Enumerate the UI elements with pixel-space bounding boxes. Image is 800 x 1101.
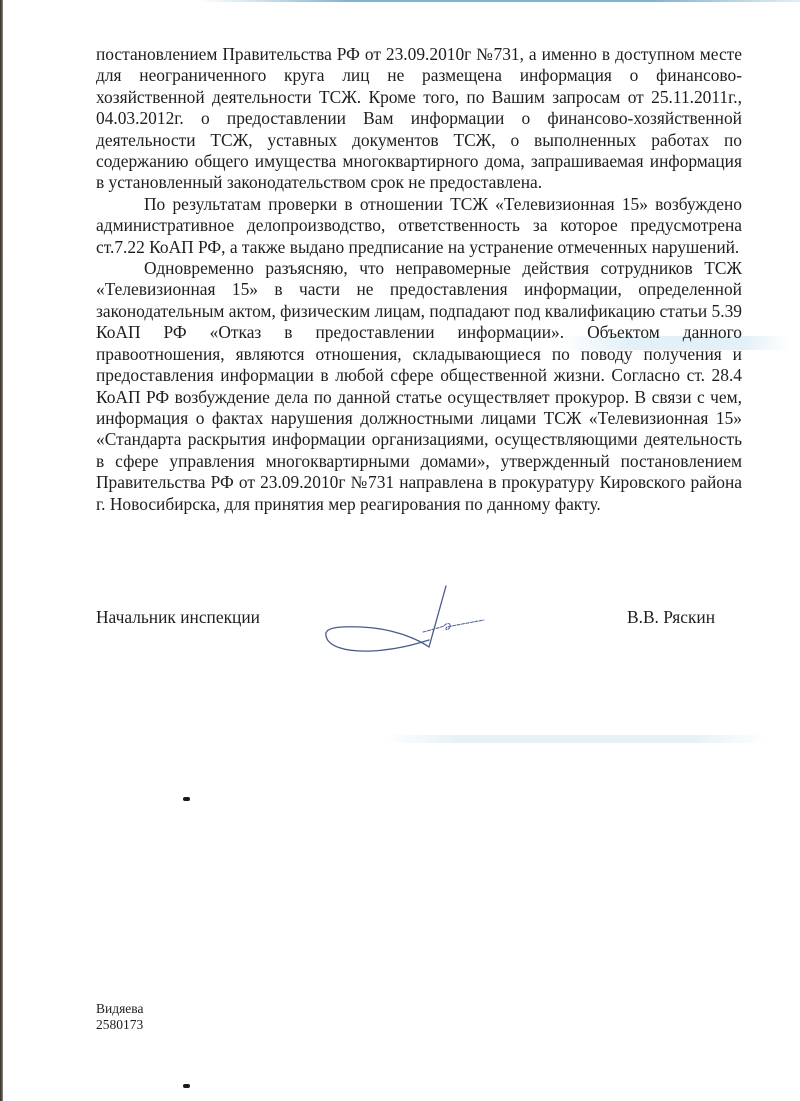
signatory-name: В.В. Ряскин: [627, 607, 715, 628]
executor-phone: 2580173: [96, 1017, 144, 1033]
paragraph-inspection-results: По результатам проверки в отношении ТСЖ …: [96, 194, 742, 258]
scan-border-left: [0, 0, 3, 1101]
signatory-title: Начальник инспекции: [96, 607, 260, 628]
scan-border-top: [200, 0, 800, 2]
scan-speck: [183, 1084, 190, 1088]
executor-info: Видяева 2580173: [96, 1001, 144, 1032]
scan-bleed-through: [380, 735, 770, 743]
executor-name: Видяева: [96, 1001, 144, 1017]
handwritten-signature-icon: [316, 580, 506, 660]
paragraph-violations: постановлением Правительства РФ от 23.09…: [96, 44, 742, 194]
scan-speck: [183, 797, 190, 801]
paragraph-explanation: Одновременно разъясняю, что неправомерны…: [96, 258, 742, 515]
letter-body: постановлением Правительства РФ от 23.09…: [96, 44, 742, 515]
